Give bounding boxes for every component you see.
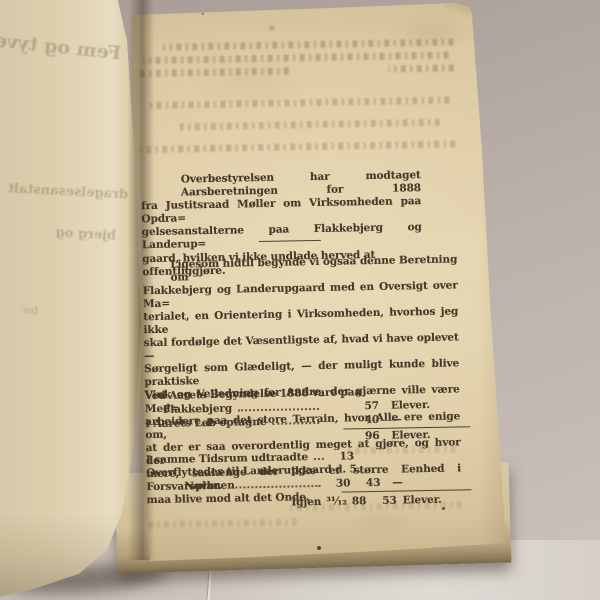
book-photo: Overbestyrelsen har modtaget Aarsberetni… xyxy=(0,0,600,600)
ledger-unit xyxy=(384,457,465,458)
ledger-unit: Elever. xyxy=(379,428,460,442)
ghost-print-line xyxy=(147,518,297,528)
ghost-print-line xyxy=(180,119,440,131)
right-page: Overbestyrelsen har modtaget Aarsberetni… xyxy=(130,2,510,564)
ledger-label: Flakkebjerg xyxy=(145,403,232,418)
balance-year: 88 xyxy=(352,495,367,508)
dotted-leader xyxy=(314,450,324,460)
ledger-subvalue: 30 xyxy=(324,477,350,490)
spacer xyxy=(146,440,324,443)
ledger-label: Novbr. xyxy=(146,480,222,494)
dotted-leader xyxy=(238,400,319,411)
balance-date: ³¹⁄₁₂ xyxy=(326,494,347,507)
ledger-balance-row: Igjen ³¹⁄₁₂ 88 53 Elever. xyxy=(147,492,462,512)
ledger-value: 96 xyxy=(349,430,379,444)
ledger-value: 57 xyxy=(349,400,379,414)
ledger-value: 43 xyxy=(350,477,380,491)
balance-label: Igjen xyxy=(291,496,321,510)
ledger-unit: — xyxy=(380,475,461,489)
ledger-unit: Elever. xyxy=(379,398,460,412)
ghost-text: for xyxy=(22,306,39,318)
balance-value: 53 xyxy=(382,495,397,508)
ledger-value: 40 xyxy=(349,414,379,428)
ghost-print-line xyxy=(389,64,454,72)
ledger-subvalue: 13 xyxy=(328,450,354,463)
ghost-print-line xyxy=(144,52,449,65)
ledger-unit: — xyxy=(379,412,460,426)
ledger-value xyxy=(354,459,384,460)
ghost-text: dragelsesanstalt xyxy=(0,181,128,203)
balance-unit: Elever. xyxy=(403,494,442,508)
page-text: Overbestyrelsen har modtaget Aarsberetni… xyxy=(138,0,463,564)
dotted-leader xyxy=(272,414,319,425)
ghost-text: bjerg og xyxy=(16,223,117,243)
ghost-print-line xyxy=(140,140,455,153)
pupil-ledger: Ved Aarets Begyndelse 1888 vare paa Flak… xyxy=(145,384,462,512)
ghost-title-text: Fem og tyve xyxy=(0,29,129,66)
ledger-label: I Aarets Løb optagne xyxy=(145,416,266,431)
ghost-print-line xyxy=(163,38,453,50)
ghost-print-line xyxy=(149,97,449,109)
dotted-leader xyxy=(228,477,320,489)
ghost-print-line xyxy=(139,67,289,77)
